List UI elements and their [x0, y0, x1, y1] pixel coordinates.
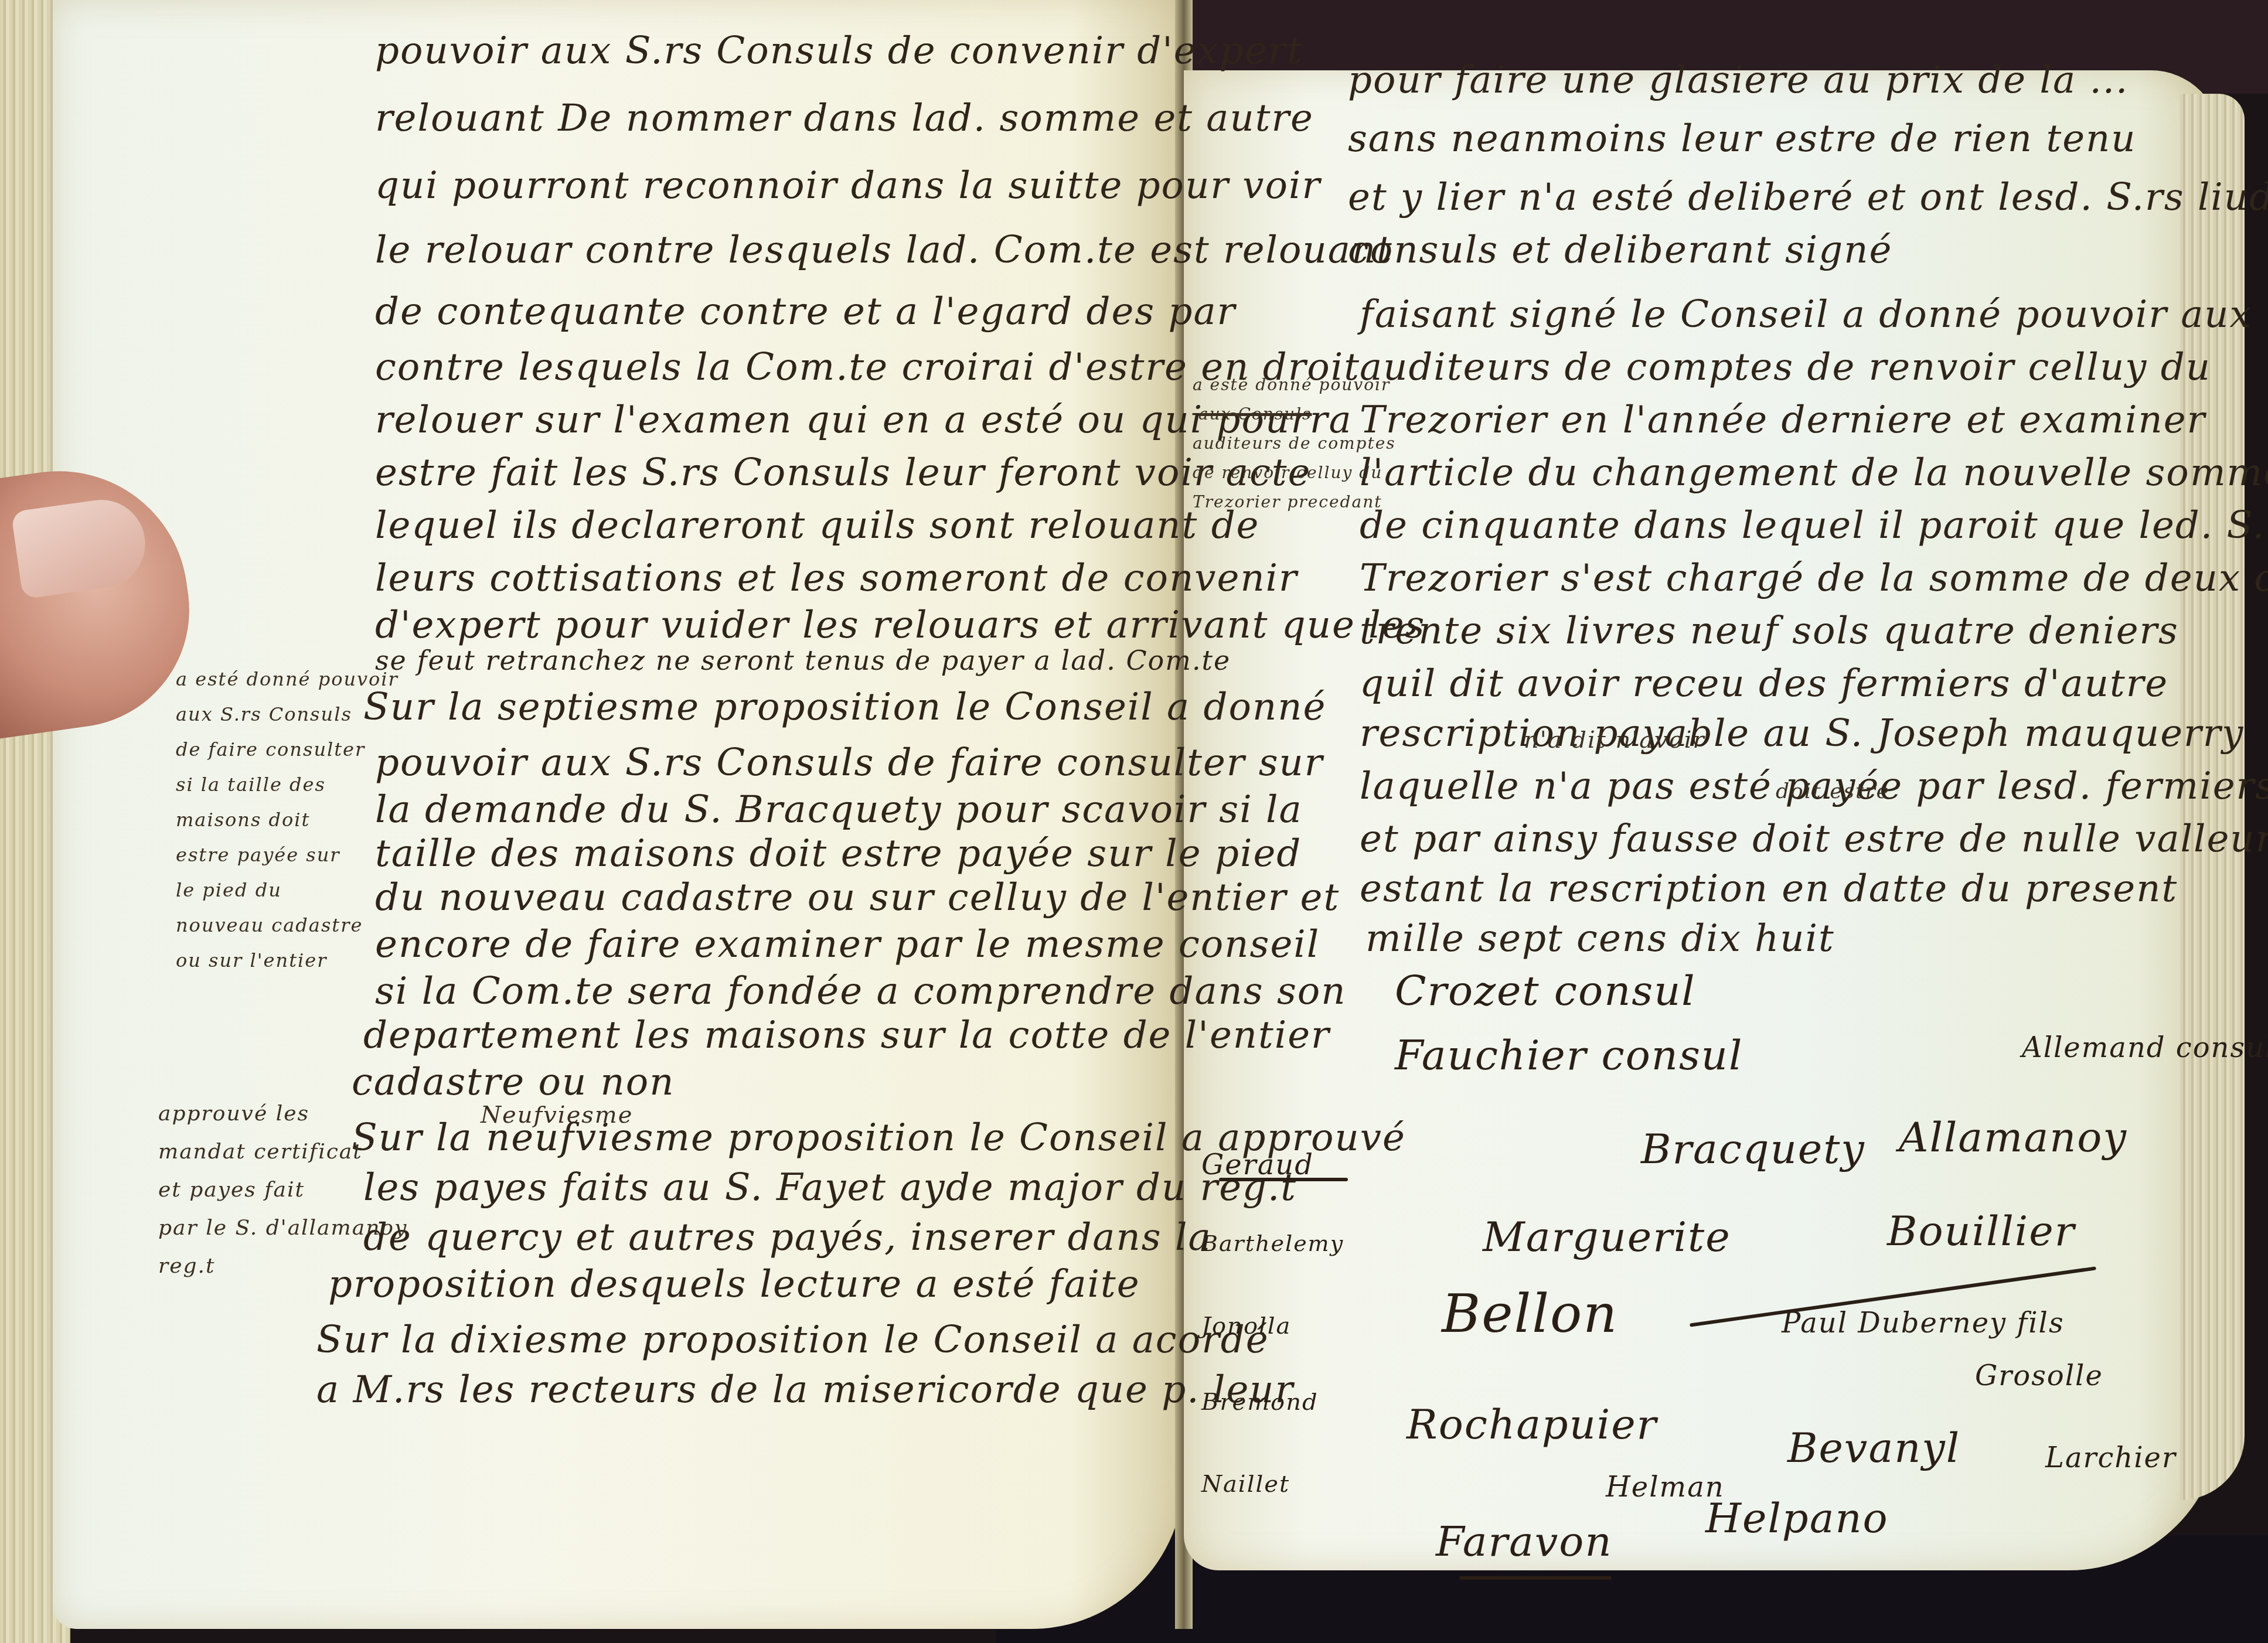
thumbnail: [11, 494, 151, 599]
left-line: taille des maisons doit estre payée sur …: [375, 832, 1302, 875]
left-line: cadastre ou non: [352, 1061, 675, 1104]
margin-note-line: mandat certificat: [158, 1140, 363, 1164]
signature: Marguerite: [1483, 1213, 1731, 1261]
margin-note-line: maisons doit: [176, 809, 310, 831]
margin-note-line: de renvoir celluy du: [1193, 463, 1382, 482]
interlinear-insertion: doit estre: [1776, 779, 1890, 803]
right-line: Trezorier s'est chargé de la somme de de…: [1360, 557, 2268, 600]
signature: Rochapuier: [1407, 1400, 1657, 1448]
left-line: Sur la dixiesme proposition le Conseil a…: [316, 1318, 1269, 1362]
signature: Bracquety: [1641, 1125, 1865, 1173]
left-line: si la Com.te sera fondée a comprendre da…: [375, 970, 1347, 1013]
signature: Bouillier: [1887, 1207, 2075, 1255]
margin-note-line: et payes fait: [158, 1178, 305, 1202]
margin-note-line: de faire consulter: [176, 738, 365, 761]
right-line: et par ainsy fausse doit estre de nulle …: [1360, 817, 2268, 861]
margin-note-line: nouveau cadastre: [176, 914, 363, 936]
right-line: consuls et deliberant signé: [1348, 229, 1892, 272]
right-line: trente six livres neuf sols quatre denie…: [1360, 609, 2179, 653]
signature: Faravon: [1436, 1518, 1613, 1566]
right-line: rescription payable au S. Joseph mauquer…: [1360, 712, 2244, 755]
left-line: estre fait les S.rs Consuls leur feront …: [375, 451, 1311, 495]
left-line: qui pourront reconnoir dans la suitte po…: [375, 164, 1321, 207]
margin-note-line: aux S.rs Consuls: [176, 703, 352, 725]
signature: Crozet consul: [1395, 967, 1696, 1015]
left-line: les payes faits au S. Fayet ayde major d…: [363, 1166, 1297, 1209]
right-line: mille sept cens dix huit: [1365, 917, 1835, 960]
left-line: Sur la septiesme proposition le Conseil …: [363, 686, 1326, 729]
left-line: a M.rs les recteurs de la misericorde qu…: [316, 1368, 1294, 1412]
manuscript-photo: pouvoir aux S.rs Consuls de convenir d'e…: [0, 0, 2268, 1643]
left-line: lequel ils declareront quils sont reloua…: [375, 504, 1259, 547]
signature: Paul Duberney fils: [1782, 1307, 2065, 1339]
signature: Bevanyl: [1787, 1424, 1960, 1472]
left-line: la demande du S. Bracquety pour scavoir …: [375, 788, 1303, 831]
signature: Naillet: [1201, 1471, 1290, 1498]
signature: Larchier: [2045, 1441, 2177, 1474]
left-line: de contequante contre et a l'egard des p…: [375, 290, 1236, 333]
right-line: auditeurs de comptes de renvoir celluy d…: [1360, 346, 2211, 389]
left-line: le relouar contre lesquels lad. Com.te e…: [375, 229, 1393, 272]
signature-flourish: [1459, 1576, 1612, 1580]
margin-note-line: ou sur l'entier: [176, 949, 327, 972]
margin-note-line: a esté donné pouvoir: [176, 668, 399, 690]
interlinear-correction: Neufviesme: [481, 1102, 633, 1129]
margin-note-line: reg.t: [158, 1254, 215, 1278]
margin-note-line: a esté donné pouvoir: [1193, 375, 1390, 394]
signature-flourish: [1219, 1178, 1348, 1181]
left-line: se feut retranchez ne seront tenus de pa…: [375, 645, 1231, 676]
signature: Grosolle: [1975, 1359, 2103, 1392]
signature: Jonolla: [1201, 1313, 1291, 1339]
margin-note-line: auditeurs de comptes: [1193, 434, 1396, 453]
margin-note-line: si la taille des: [176, 773, 326, 796]
margin-note-line: approuvé les: [158, 1102, 309, 1126]
signature: Fauchier consul: [1395, 1031, 1743, 1079]
margin-note-line: par le S. d'allamanoy: [158, 1216, 407, 1240]
interlinear-insertion: n'a dit n'avoir: [1524, 727, 1705, 754]
left-line: du nouveau cadastre ou sur celluy de l'e…: [375, 876, 1340, 919]
signature: Bremond: [1201, 1389, 1319, 1416]
left-line: relouant De nommer dans lad. somme et au…: [375, 97, 1314, 140]
right-line: sans neanmoins leur estre de rien tenu: [1348, 117, 2136, 161]
left-line: proposition desquels lecture a esté fait…: [328, 1263, 1140, 1306]
right-line: Trezorier en l'année derniere et examine…: [1360, 398, 2206, 442]
signature: Barthelemy: [1201, 1230, 1344, 1256]
right-line: de cinquante dans lequel il paroit que l…: [1360, 504, 2265, 547]
left-line: d'expert pour vuider les relouars et arr…: [375, 604, 1425, 647]
margin-note-line: le pied du: [176, 879, 282, 901]
margin-note-line: aux Consuls: [1198, 404, 1312, 424]
left-line: pouvoir aux S.rs Consuls de convenir d'e…: [375, 29, 1303, 73]
signature: Allemand consul: [2022, 1031, 2268, 1064]
signature: Bellon: [1442, 1283, 1618, 1345]
left-line: leurs cottisations et les someront de co…: [375, 557, 1298, 600]
left-line: encore de faire examiner par le mesme co…: [375, 923, 1320, 966]
margin-note-line: Trezorier precedant: [1193, 492, 1382, 512]
right-line: quil dit avoir receu des fermiers d'autr…: [1360, 662, 2168, 705]
right-line: estant la rescription en datte du presen…: [1360, 867, 2178, 911]
right-line: faisant signé le Conseil a donné pouvoir…: [1360, 293, 2252, 336]
signature: Helpano: [1705, 1494, 1889, 1542]
right-line: pour faire une glasiere au prix de la ..…: [1348, 59, 2129, 102]
right-line: l'article du changement de la nouvelle s…: [1360, 451, 2268, 495]
margin-note-line: estre payée sur: [176, 844, 340, 866]
signature: Allamanoy: [1899, 1113, 2127, 1161]
signature: Geraud: [1201, 1148, 1314, 1181]
right-line: et y lier n'a esté deliberé et ont lesd.…: [1348, 176, 2268, 219]
left-line: de quercy et autres payés, inserer dans …: [363, 1216, 1212, 1259]
left-line: departement les maisons sur la cotte de …: [363, 1014, 1330, 1057]
left-line: pouvoir aux S.rs Consuls de faire consul…: [375, 741, 1323, 785]
